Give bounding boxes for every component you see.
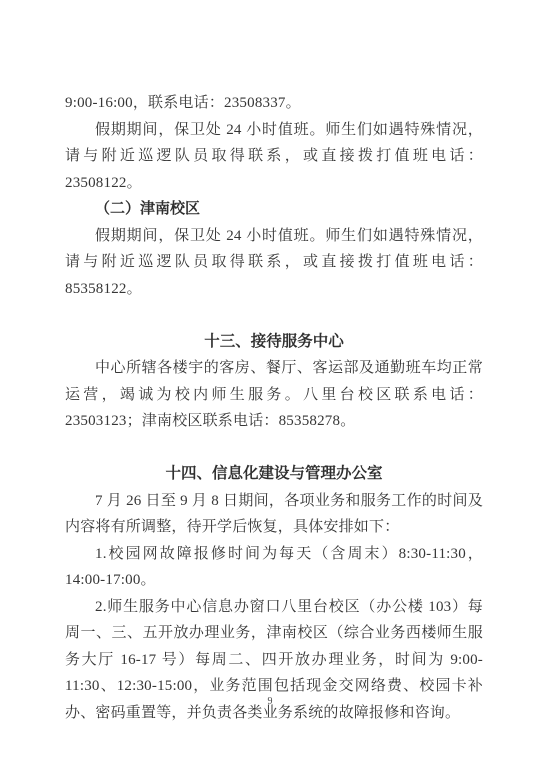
paragraph-continuation: 9:00-16:00，联系电话：23508337。 [65, 90, 483, 117]
document-page: 9:00-16:00，联系电话：23508337。 假期期间，保卫处 24 小时… [0, 0, 540, 764]
section-heading-14-informatization-office: 十四、信息化建设与管理办公室 [65, 461, 483, 488]
section-heading-13-reception-center: 十三、接待服务中心 [65, 329, 483, 356]
paragraph-balitai-duty: 假期期间，保卫处 24 小时值班。师生们如遇特殊情况，请与附近巡逻队员取得联系，… [65, 117, 483, 197]
paragraph-section13-body: 中心所辖各楼宇的客房、餐厅、客运部及通勤班车均正常运营，竭诚为校内师生服务。八里… [65, 355, 483, 435]
paragraph-section14-item1: 1.校园网故障报修时间为每天（含周末）8:30-11:30，14:00-17:0… [65, 541, 483, 594]
paragraph-jinnan-duty: 假期期间，保卫处 24 小时值班。师生们如遇特殊情况，请与附近巡逻队员取得联系，… [65, 223, 483, 303]
paragraph-section14-intro: 7 月 26 日至 9 月 8 日期间，各项业务和服务工作的时间及内容将有所调整… [65, 488, 483, 541]
page-number: 9 [0, 696, 540, 708]
subsection-heading-jinnan-campus: （二）津南校区 [65, 196, 483, 223]
